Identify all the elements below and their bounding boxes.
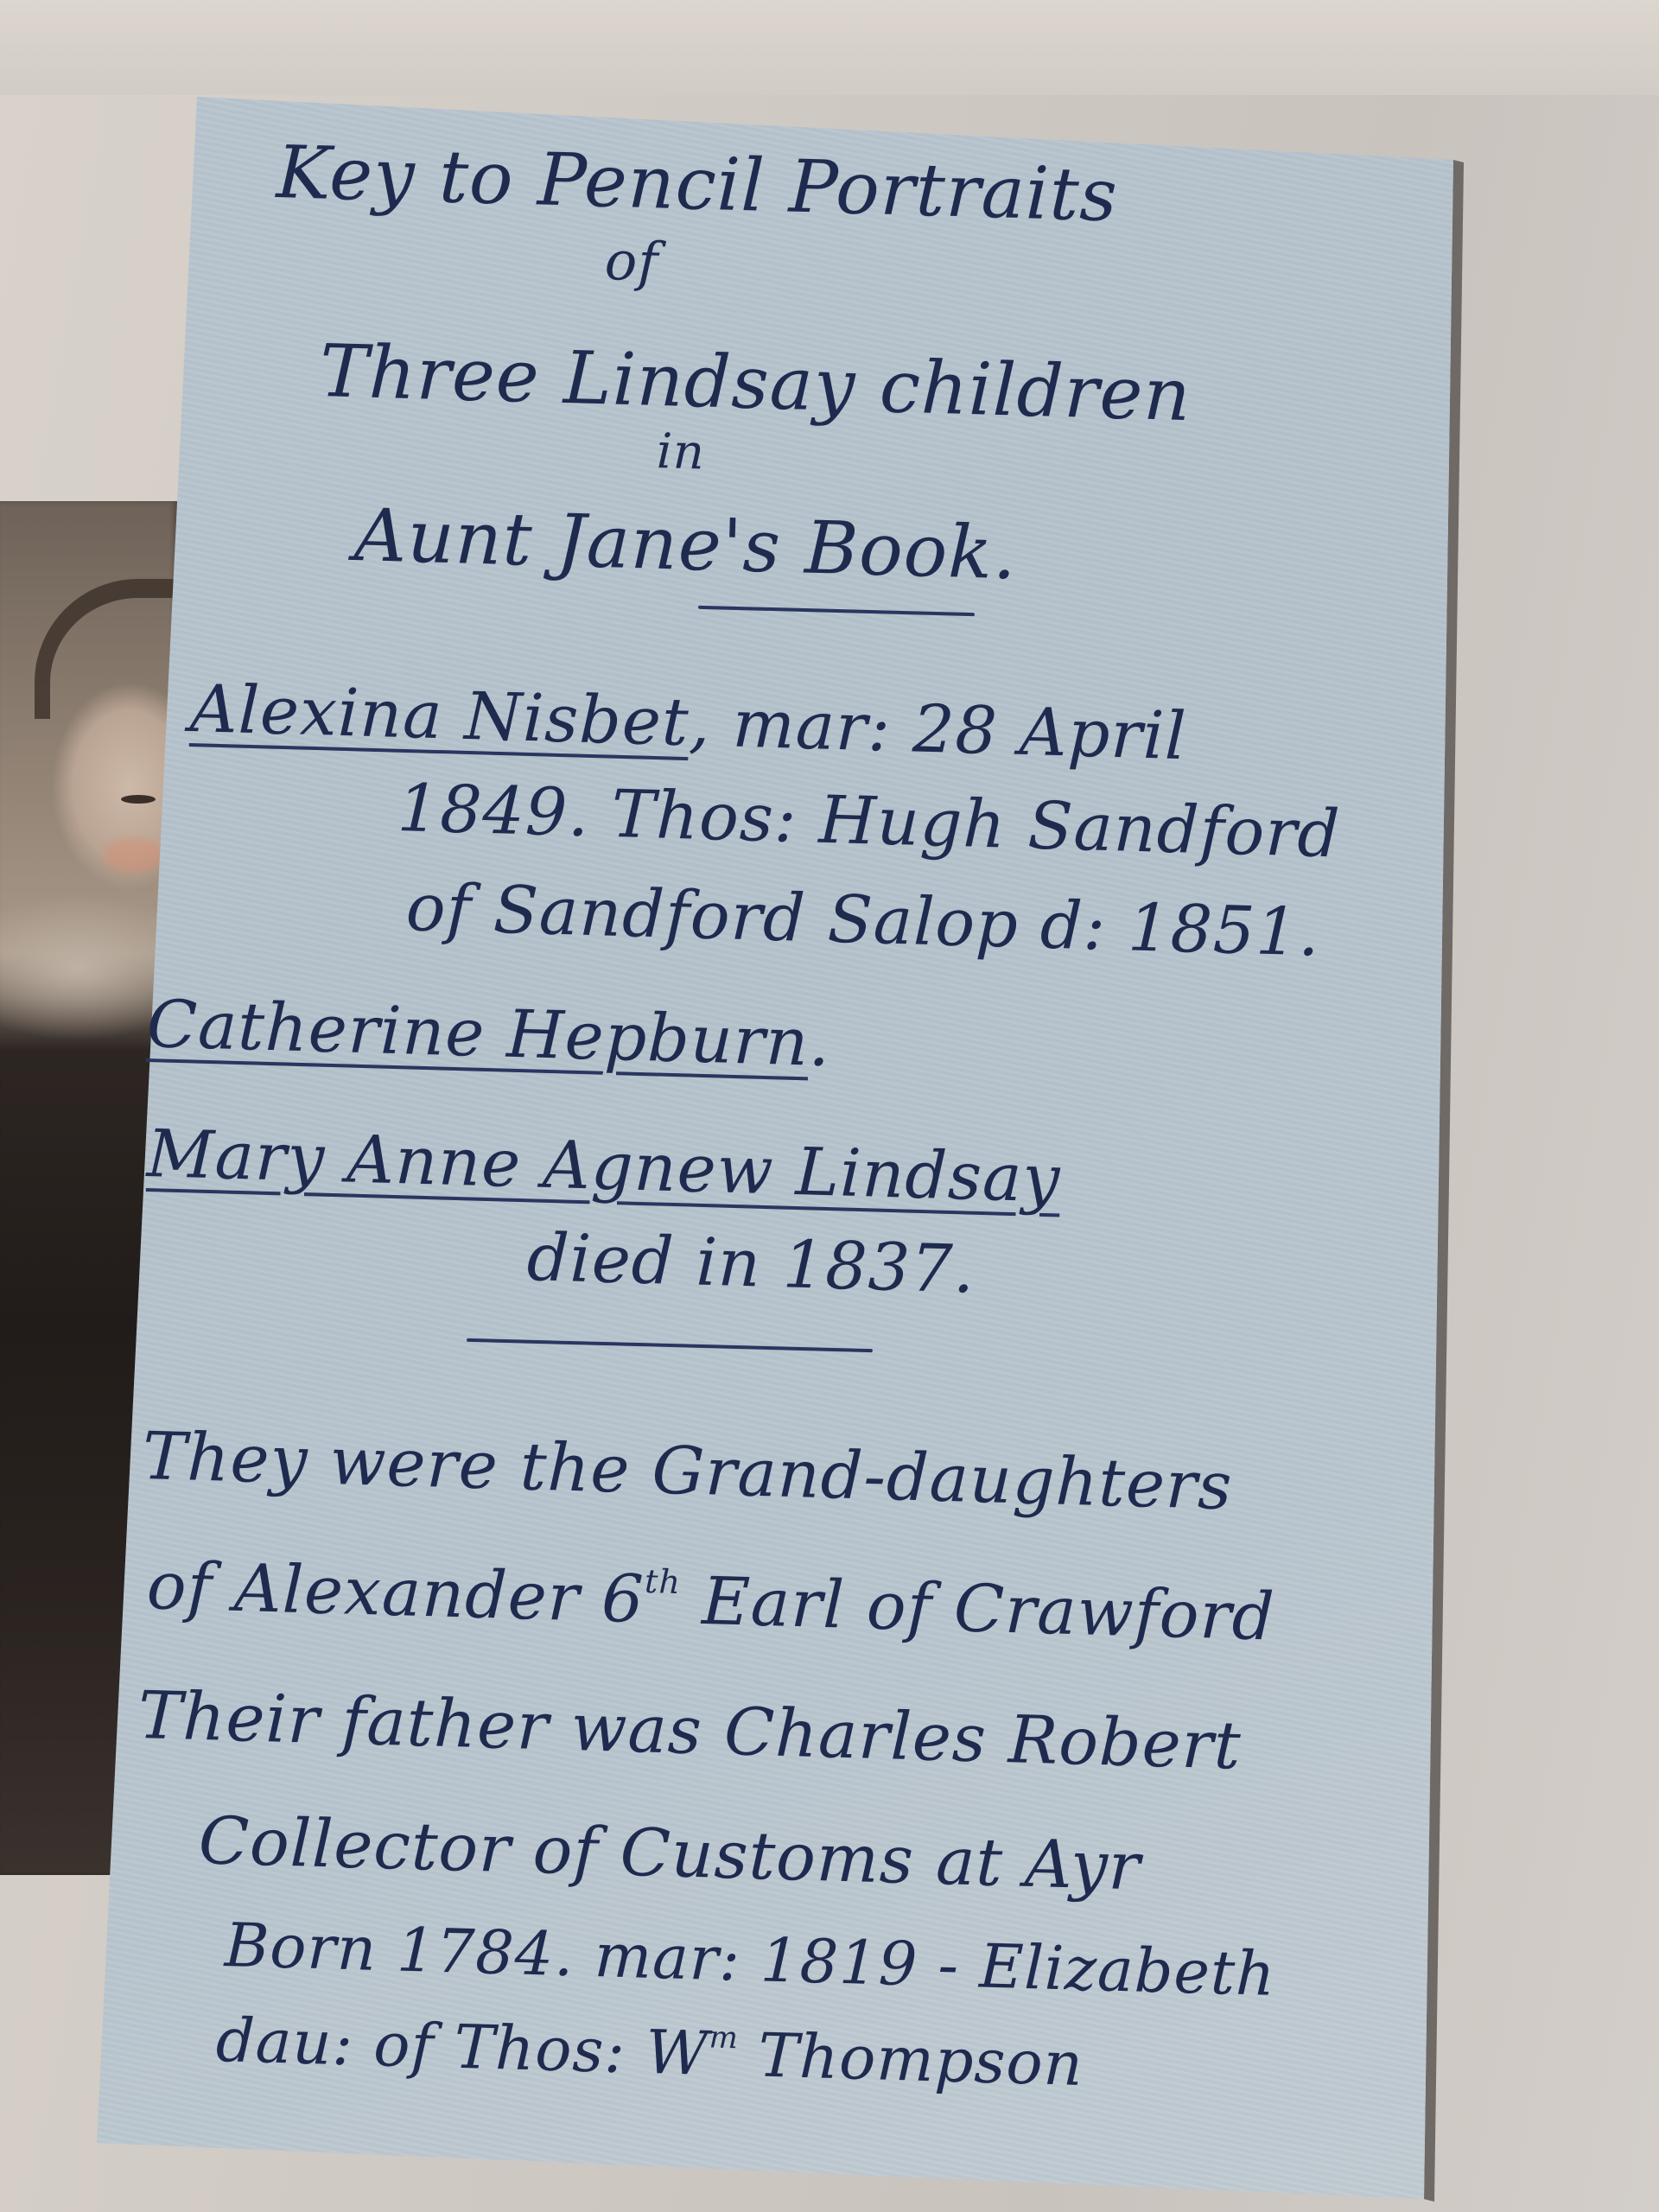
portrait-eye bbox=[121, 795, 156, 804]
title-line-2: of bbox=[604, 229, 659, 294]
album-page-top bbox=[0, 0, 1659, 95]
entry-3-line-2: died in 1837. bbox=[526, 1218, 976, 1307]
portrait-cheek bbox=[104, 838, 164, 873]
entry-1-marriage: , mar: 28 April bbox=[688, 683, 1187, 774]
entry-1-name: Alexina Nisbet bbox=[189, 670, 690, 760]
title-line-4: in bbox=[656, 423, 706, 481]
